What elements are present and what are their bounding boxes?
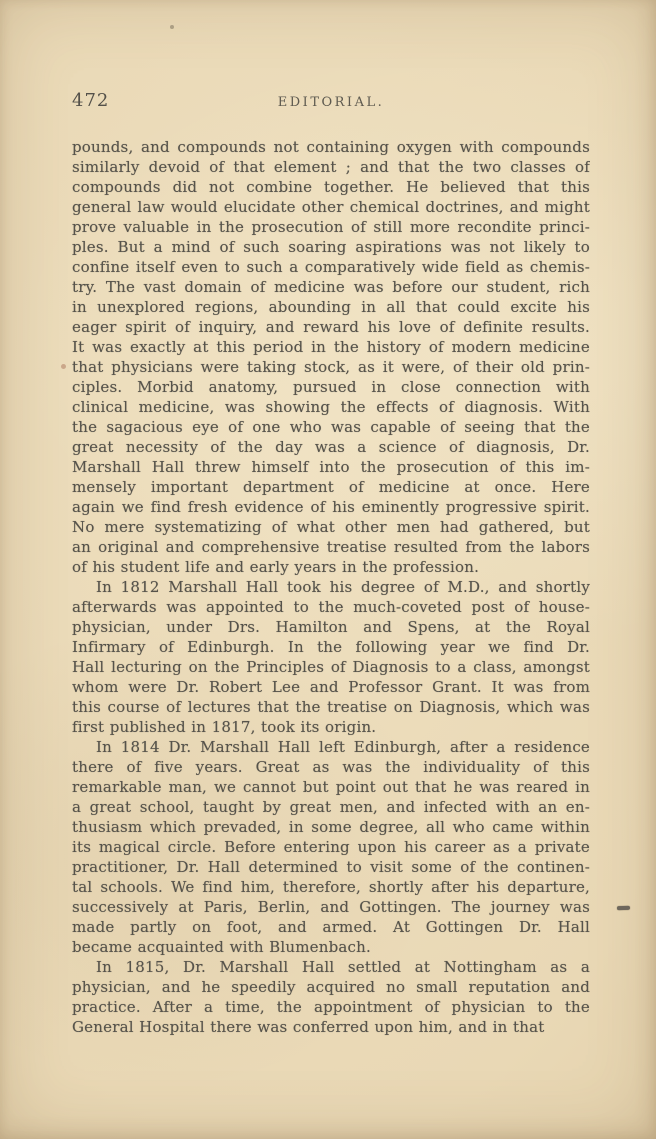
text-line: No mere systematizing of what other men …: [72, 517, 590, 537]
text-line: general law would elucidate other chemic…: [72, 197, 590, 217]
text-line: compounds did not combine together. He b…: [72, 177, 590, 197]
text-line: physician, under Drs. Hamilton and Spens…: [72, 617, 590, 637]
text-line: tal schools. We find him, therefore, sho…: [72, 877, 590, 897]
text-line: great necessity of the day was a science…: [72, 437, 590, 457]
text-line: Hall lecturing on the Principles of Diag…: [72, 657, 590, 677]
text-line: Marshall Hall threw himself into the pro…: [72, 457, 590, 477]
text-line: an original and comprehensive treatise r…: [72, 537, 590, 557]
paragraph: In 1814 Dr. Marshall Hall left Edinburgh…: [72, 737, 590, 957]
text-line: eager spirit of inquiry, and reward his …: [72, 317, 590, 337]
text-line: a great school, taught by great men, and…: [72, 797, 590, 817]
text-line: whom were Dr. Robert Lee and Professor G…: [72, 677, 590, 697]
running-header: EDITORIAL.: [72, 95, 590, 110]
text-line: afterwards was appointed to the much-cov…: [72, 597, 590, 617]
text-line: this course of lectures that the treatis…: [72, 697, 590, 717]
page-header-row: 472 EDITORIAL.: [72, 90, 590, 116]
text-line: successively at Paris, Berlin, and Gotti…: [72, 897, 590, 917]
text-line: In 1812 Marshall Hall took his degree of…: [72, 577, 590, 597]
book-page: 472 EDITORIAL. pounds, and compounds not…: [0, 0, 656, 1139]
text-line: clinical medicine, was showing the effec…: [72, 397, 590, 417]
text-line: remarkable man, we cannot but point out …: [72, 777, 590, 797]
text-line: thusiasm which prevaded, in some degree,…: [72, 817, 590, 837]
paragraph: pounds, and compounds not containing oxy…: [72, 137, 590, 577]
text-line: practitioner, Dr. Hall determined to vis…: [72, 857, 590, 877]
text-line: prove valuable in the prosecution of sti…: [72, 217, 590, 237]
paragraph: In 1815, Dr. Marshall Hall settled at No…: [72, 957, 590, 1037]
text-line: again we find fresh evidence of his emin…: [72, 497, 590, 517]
text-line: that physicians were taking stock, as it…: [72, 357, 590, 377]
text-line: Infirmary of Edinburgh. In the following…: [72, 637, 590, 657]
text-line: practice. After a time, the appointment …: [72, 997, 590, 1017]
ink-speck-icon: [61, 364, 66, 369]
text-line: first published in 1817, took its origin…: [72, 717, 590, 737]
text-line: mensely important department of medicine…: [72, 477, 590, 497]
text-line: there of five years. Great as was the in…: [72, 757, 590, 777]
text-line: its magical circle. Before entering upon…: [72, 837, 590, 857]
text-line: It was exactly at this period in the his…: [72, 337, 590, 357]
text-line: ples. But a mind of such soaring aspirat…: [72, 237, 590, 257]
paragraph: In 1812 Marshall Hall took his degree of…: [72, 577, 590, 737]
text-line: physician, and he speedily acquired no s…: [72, 977, 590, 997]
text-line: became acquainted with Blumenbach.: [72, 937, 590, 957]
text-line: In 1814 Dr. Marshall Hall left Edinburgh…: [72, 737, 590, 757]
page-text: pounds, and compounds not containing oxy…: [72, 137, 590, 1037]
text-line: in unexplored regions, abounding in all …: [72, 297, 590, 317]
text-line: General Hospital there was conferred upo…: [72, 1017, 590, 1037]
text-line: the sagacious eye of one who was capable…: [72, 417, 590, 437]
ink-speck-icon: [170, 25, 174, 29]
text-line: try. The vast domain of medicine was bef…: [72, 277, 590, 297]
text-line: made partly on foot, and armed. At Gotti…: [72, 917, 590, 937]
text-line: similarly devoid of that element ; and t…: [72, 157, 590, 177]
text-line: ciples. Morbid anatomy, pursued in close…: [72, 377, 590, 397]
text-line: confine itself even to such a comparativ…: [72, 257, 590, 277]
ink-dash-mark: [617, 906, 630, 910]
text-line: pounds, and compounds not containing oxy…: [72, 137, 590, 157]
text-line: of his student life and early years in t…: [72, 557, 590, 577]
text-line: In 1815, Dr. Marshall Hall settled at No…: [72, 957, 590, 977]
